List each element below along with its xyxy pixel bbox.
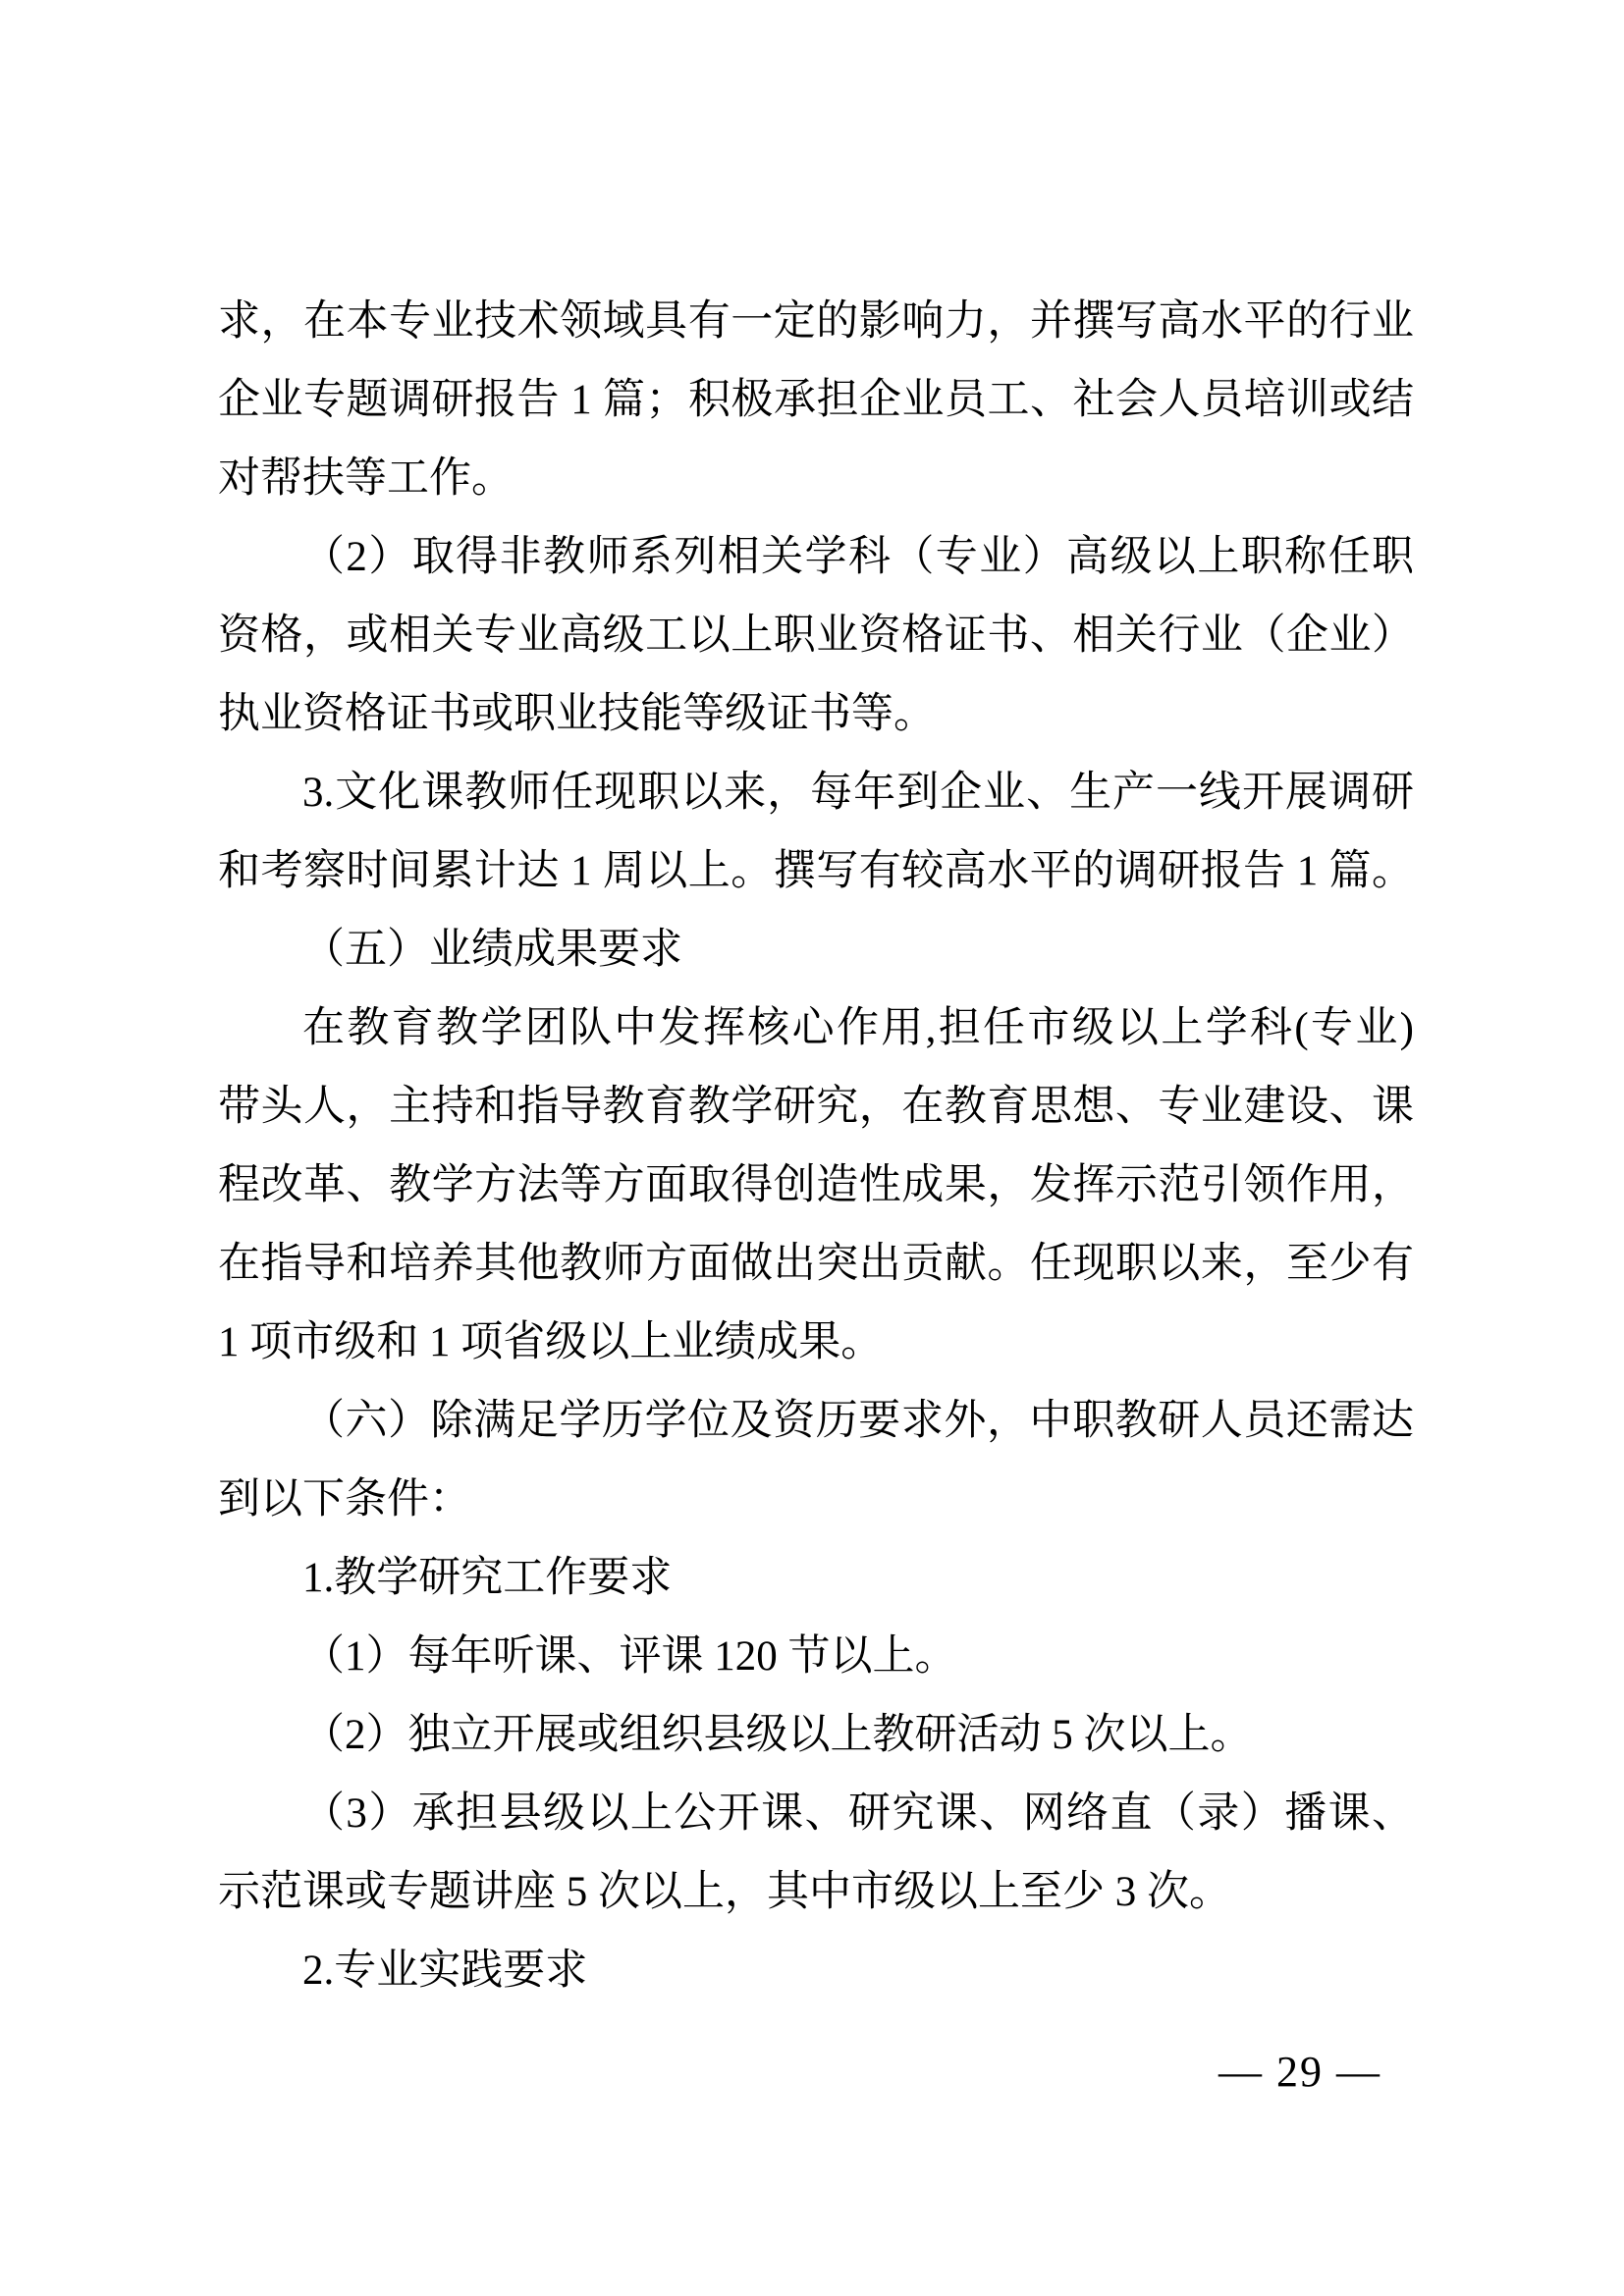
text-line: 1 项市级和 1 项省级以上业绩成果。 (218, 1304, 1414, 1382)
document-body: 求，在本专业技术领域具有一定的影响力，并撰写高水平的行业企业专题调研报告 1 篇… (218, 283, 1414, 2010)
text-line: 示范课或专题讲座 5 次以上，其中市级以上至少 3 次。 (218, 1853, 1414, 1932)
text-line: 企业专题调研报告 1 篇；积极承担企业员工、社会人员培训或结 (218, 361, 1414, 440)
text-line: 对帮扶等工作。 (218, 440, 1414, 518)
text-line: 在教育教学团队中发挥核心作用,担任市级以上学科(专业) (218, 989, 1414, 1068)
text-line: （五）业绩成果要求 (218, 911, 1414, 989)
document-page: 求，在本专业技术领域具有一定的影响力，并撰写高水平的行业企业专题调研报告 1 篇… (0, 0, 1624, 2296)
text-line: 执业资格证书或职业技能等级证书等。 (218, 675, 1414, 754)
text-line: 2.专业实践要求 (218, 1932, 1414, 2010)
text-line: 和考察时间累计达 1 周以上。撰写有较高水平的调研报告 1 篇。 (218, 832, 1414, 911)
text-line: （2）取得非教师系列相关学科（专业）高级以上职称任职 (218, 518, 1414, 597)
text-line: 在指导和培养其他教师方面做出突出贡献。任现职以来，至少有 (218, 1225, 1414, 1304)
text-line: 3.文化课教师任现职以来，每年到企业、生产一线开展调研 (218, 754, 1414, 832)
text-line: （3）承担县级以上公开课、研究课、网络直（录）播课、 (218, 1775, 1414, 1853)
text-line: （六）除满足学历学位及资历要求外，中职教研人员还需达 (218, 1382, 1414, 1461)
text-line: 到以下条件： (218, 1461, 1414, 1539)
page-number: — 29 — (1218, 2048, 1381, 2097)
text-line: 求，在本专业技术领域具有一定的影响力，并撰写高水平的行业 (218, 283, 1414, 361)
text-line: 资格，或相关专业高级工以上职业资格证书、相关行业（企业） (218, 597, 1414, 675)
text-line: 带头人，主持和指导教育教学研究，在教育思想、专业建设、课 (218, 1068, 1414, 1147)
text-line: （1）每年听课、评课 120 节以上。 (218, 1618, 1414, 1696)
text-line: 1.教学研究工作要求 (218, 1539, 1414, 1618)
text-line: 程改革、教学方法等方面取得创造性成果，发挥示范引领作用， (218, 1147, 1414, 1225)
text-line: （2）独立开展或组织县级以上教研活动 5 次以上。 (218, 1696, 1414, 1775)
